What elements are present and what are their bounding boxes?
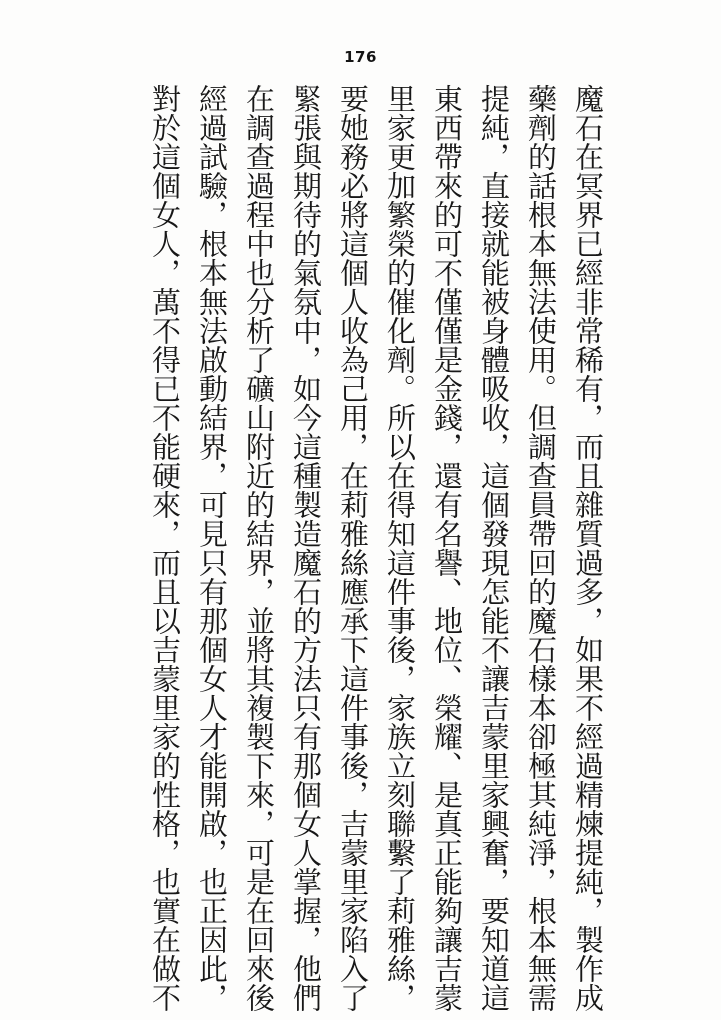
- text-column: 對於這個女人，萬不得已不能硬來，而且以吉蒙里家的性格，也實在做不: [140, 84, 187, 1014]
- book-page: 176 魔石在冥界已經非常稀有，而且雜質過多，如果不經過精煉提純，製作成藥劑的話…: [0, 0, 721, 1020]
- text-column: 在調查過程中也分析了礦山附近的結界，並將其複製下來，可是在回來後: [234, 84, 281, 1014]
- page-number: 176: [0, 48, 721, 66]
- text-column: 緊張與期待的氣氛中，如今這種製造魔石的方法只有那個女人掌握，他們: [281, 84, 328, 1014]
- text-column: 要她務必將這個人收為己用，在莉雅絲應承下這件事後，吉蒙里家陷入了: [328, 84, 375, 1014]
- text-column: 提純，直接就能被身體吸收，這個發現怎能不讓吉蒙里家興奮，要知道這: [469, 84, 516, 1014]
- text-column: 藥劑的話根本無法使用。但調查員帶回的魔石樣本卻極其純淨，根本無需: [516, 84, 563, 1014]
- text-column: 經過試驗，根本無法啟動結界，可見只有那個女人才能開啟，也正因此，: [187, 84, 234, 1014]
- text-column: 東西帶來的可不僅僅是金錢，還有名譽、地位、榮耀、是真正能夠讓吉蒙: [422, 84, 469, 1014]
- text-column: 里家更加繁榮的催化劑。所以在得知這件事後，家族立刻聯繫了莉雅絲，: [375, 84, 422, 1014]
- vertical-text-block: 魔石在冥界已經非常稀有，而且雜質過多，如果不經過精煉提純，製作成藥劑的話根本無法…: [140, 84, 610, 1014]
- text-column: 魔石在冥界已經非常稀有，而且雜質過多，如果不經過精煉提純，製作成: [563, 84, 610, 1014]
